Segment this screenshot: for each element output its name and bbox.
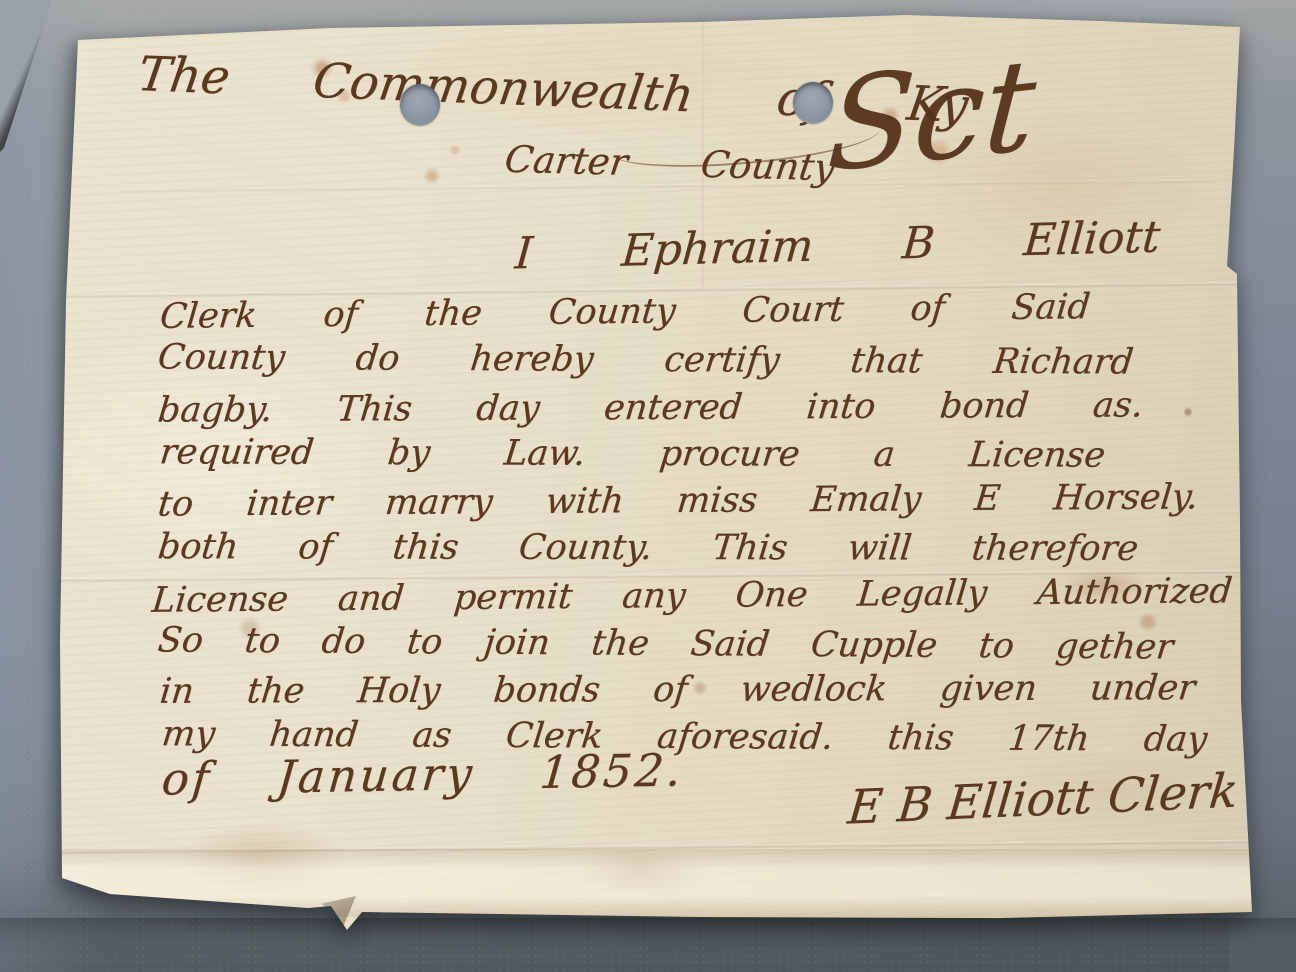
- body-line: to inter marry with miss Emaly E Horsely…: [156, 477, 1200, 524]
- body-line: both of this County. This will therefore: [156, 527, 1140, 569]
- photo-surface: The Commonwealth of Ky Sct Carter County…: [0, 0, 1296, 972]
- closing-line: of January 1852.: [160, 743, 686, 805]
- body-line: So to do to join the Said Cupple to geth…: [156, 620, 1175, 667]
- header-line-county: Carter County: [502, 138, 838, 190]
- paper-fold-strip: [58, 849, 1254, 917]
- punch-hole-right: [793, 82, 833, 124]
- body-line: bagby. This day entered into bond as.: [156, 385, 1145, 430]
- document-paper: The Commonwealth of Ky Sct Carter County…: [0, 0, 1296, 972]
- paper-shadow-wrapper: The Commonwealth of Ky Sct Carter County…: [0, 0, 1296, 972]
- header-flourish-sct: Sct: [823, 30, 1040, 201]
- body-line: County do hereby certify that Richard: [156, 337, 1135, 382]
- body-line: required by Law. procure a License: [158, 432, 1107, 475]
- body-line: in the Holy bonds of wedlock given under: [158, 668, 1197, 712]
- punch-hole-left: [400, 84, 440, 126]
